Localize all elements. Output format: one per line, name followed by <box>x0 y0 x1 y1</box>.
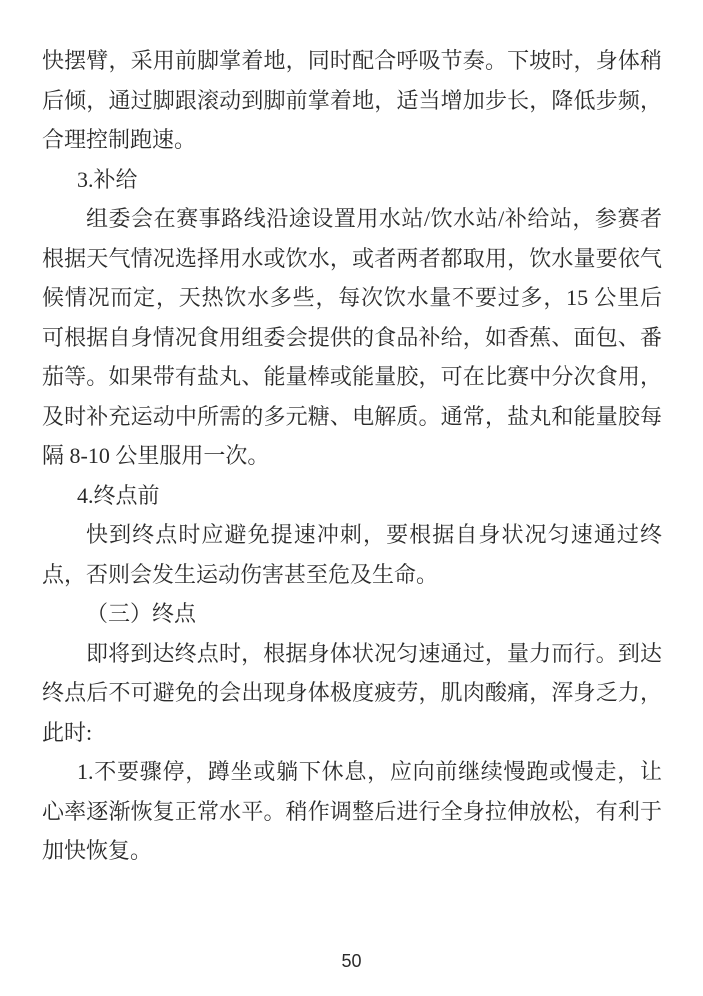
text-line: 隔 8-10 公里服用一次。 <box>42 436 662 476</box>
text-line: （三）终点 <box>42 594 662 634</box>
text-line: 1.不要骤停，蹲坐或躺下休息，应向前继续慢跑或慢走，让 <box>42 752 662 792</box>
text-line: 快到终点时应避免提速冲刺，要根据自身状况匀速通过终 <box>42 515 662 555</box>
text-line: 组委会在赛事路线沿途设置用水站/饮水站/补给站，参赛者 <box>42 199 662 239</box>
text-line: 点，否则会发生运动伤害甚至危及生命。 <box>42 555 662 595</box>
text-line: 加快恢复。 <box>42 831 662 871</box>
text-line: 心率逐渐恢复正常水平。稍作调整后进行全身拉伸放松，有利于 <box>42 792 662 832</box>
text-line: 茄等。如果带有盐丸、能量棒或能量胶，可在比赛中分次食用， <box>42 357 662 397</box>
text-line: 即将到达终点时，根据身体状况匀速通过，量力而行。到达 <box>42 634 662 674</box>
text-line: 候情况而定，天热饮水多些，每次饮水量不要过多，15 公里后 <box>42 278 662 318</box>
page-number: 50 <box>0 951 703 971</box>
text-line: 后倾，通过脚跟滚动到脚前掌着地，适当增加步长，降低步频， <box>42 81 662 121</box>
text-line: 合理控制跑速。 <box>42 120 662 160</box>
text-line: 及时补充运动中所需的多元糖、电解质。通常，盐丸和能量胶每 <box>42 397 662 437</box>
text-line: 4.终点前 <box>42 476 662 516</box>
document-body: 快摆臂，采用前脚掌着地，同时配合呼吸节奏。下坡时，身体稍后倾，通过脚跟滚动到脚前… <box>42 41 662 871</box>
text-line: 快摆臂，采用前脚掌着地，同时配合呼吸节奏。下坡时，身体稍 <box>42 41 662 81</box>
text-line: 终点后不可避免的会出现身体极度疲劳，肌肉酸痛，浑身乏力， <box>42 673 662 713</box>
text-line: 可根据自身情况食用组委会提供的食品补给，如香蕉、面包、番 <box>42 318 662 358</box>
document-page: 快摆臂，采用前脚掌着地，同时配合呼吸节奏。下坡时，身体稍后倾，通过脚跟滚动到脚前… <box>0 0 703 996</box>
text-line: 根据天气情况选择用水或饮水，或者两者都取用，饮水量要依气 <box>42 239 662 279</box>
text-line: 此时: <box>42 713 662 753</box>
text-line: 3.补给 <box>42 160 662 200</box>
